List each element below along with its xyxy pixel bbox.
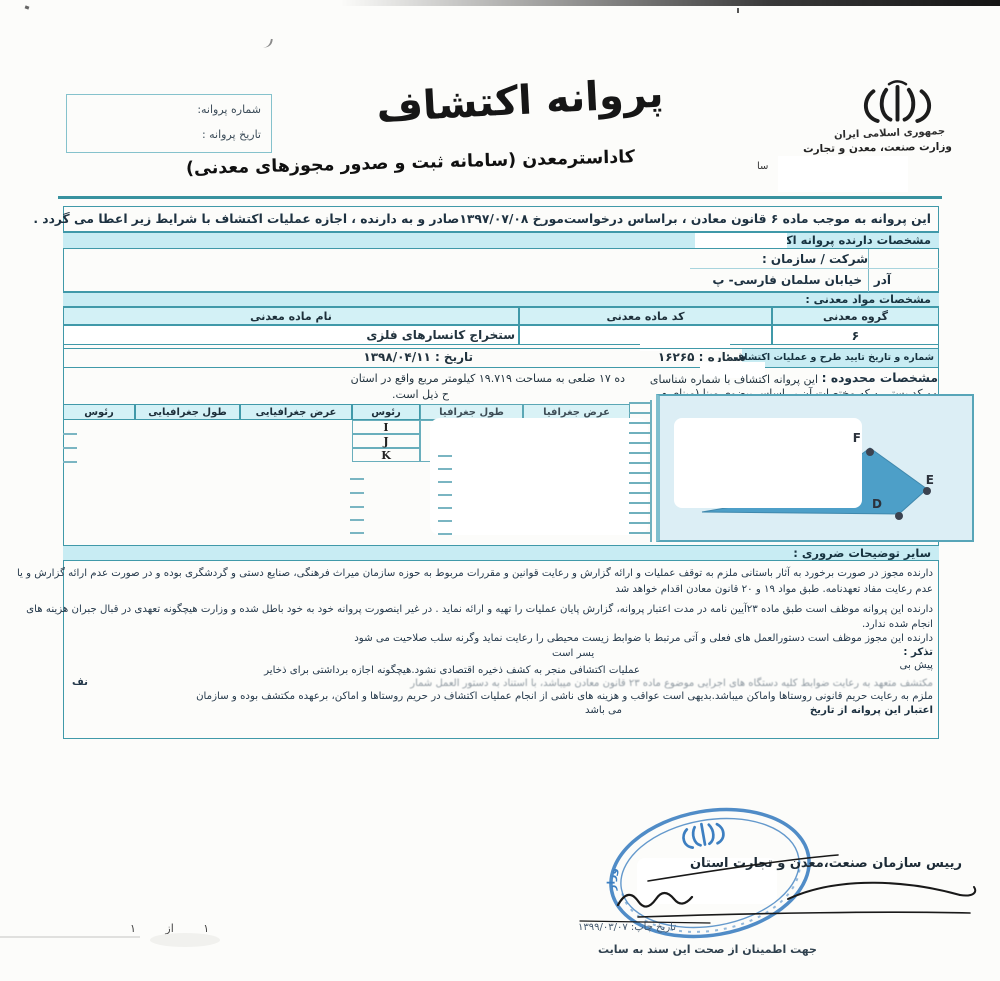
boundary-line1: این پروانه اکتشاف با شماره شناسای: [650, 373, 818, 386]
boundary-line3: ده ۱۷ ضلعی به مساحت ۱۹.۷۱۹ کیلومتر مربع …: [240, 372, 625, 385]
note-remark-label: تذکر :: [903, 646, 933, 659]
scan-blob: [150, 933, 220, 947]
minerals-group-value: ۶: [772, 325, 939, 345]
scan-speck: [25, 5, 30, 9]
notes-section-header: سایر توضیحات ضروری :: [63, 545, 939, 561]
vertex-label-e: E: [926, 473, 934, 487]
boundary-line4: ح ذیل است.: [392, 388, 449, 401]
scanned-permit-page: شماره پروانه: تاریخ پروانه : پروانه اکتش…: [0, 0, 1000, 981]
document-title: پروانه اکتشاف: [359, 70, 681, 133]
note-p2b: انجام شده ندارد.: [862, 618, 933, 631]
coords-header-1: طول جغرافیایی: [135, 404, 240, 420]
address-value: خیابان سلمان فارسی- پ: [712, 273, 862, 287]
holder-cell-divider: [868, 249, 869, 292]
header-divider: [58, 196, 942, 199]
boundary-map-panel: F E D: [656, 394, 974, 542]
note-p1a: دارنده مجوز در صورت برخورد به آثار باستا…: [17, 567, 933, 580]
vertex-label-f: F: [853, 431, 861, 445]
holder-box: شرکت / سازمان : آدر خیابان سلمان فارسی- …: [63, 249, 939, 292]
vertex-dot-e: [923, 487, 931, 495]
print-date: تاریخ چاپ: ۱۳۹۹/۰۳/۰۷: [578, 922, 676, 933]
handwritten-signature: [560, 775, 1000, 945]
minerals-name-value: ستخراج کانسارهای فلزی: [63, 325, 519, 345]
note-blurry-line: مکتشف متعهد به رعایت ضوابط کلیه دستگاه ه…: [410, 677, 933, 690]
note-p1b: عدم رعایت مفاد تعهدنامه. طبق مواد ۱۹ و ۲…: [615, 583, 933, 596]
coords-header-0: رئوس: [63, 404, 135, 420]
permit-number-box: شماره پروانه: تاریخ پروانه :: [66, 94, 272, 153]
note-p4: عملیات اکتشافی منجر به کشف ذخیره اقتصادی…: [264, 664, 640, 677]
map-ruler-line: [650, 400, 652, 542]
redaction-patch: [778, 156, 908, 192]
scan-mark: [261, 37, 273, 49]
note-left-fragment: نف: [72, 676, 88, 689]
intro-part1: این پروانه به موجب ماده ۶ قانون معادن ، …: [564, 212, 931, 226]
minerals-col-name: نام ماده معدنی: [63, 307, 519, 325]
address-label: آدر: [874, 273, 891, 287]
minerals-section-header: مشخصات مواد معدنی :: [63, 292, 939, 307]
verify-line: جهت اطمینان از صحت این سند به سایت: [598, 943, 817, 956]
scan-speck: [737, 8, 739, 13]
validity-start: اعتبار این پروانه از تاریخ: [810, 704, 933, 717]
note-p5: ملزم به رعایت حریم قانونی روستاها واماکن…: [196, 690, 933, 703]
scan-smudge: [0, 936, 140, 938]
permit-number-label: شماره پروانه:: [197, 103, 261, 116]
vertex-row-i: I: [352, 420, 420, 434]
note-p2a: دارنده این پروانه موظف است طبق ماده ۲۳آی…: [26, 603, 933, 616]
vertex-dot-f: [866, 448, 874, 456]
company-label: شرکت / سازمان :: [762, 252, 868, 266]
note-p3: دارنده این مجوز موظف است دستورالعمل های …: [354, 632, 933, 645]
intro-clause-row: این پروانه به موجب ماده ۶ قانون معادن ، …: [63, 206, 939, 232]
note-remark-tail: یسر است: [552, 647, 594, 660]
redaction-patch: [695, 233, 787, 248]
redaction-patch-large: [430, 418, 648, 535]
gov-line-2: وزارت صنعت، معدن و تجارت: [803, 141, 952, 156]
approval-date: تاریخ : ۱۳۹۸/۰۴/۱۱: [363, 350, 473, 364]
coords-header-2: عرض جغرافیایی: [240, 404, 352, 420]
redaction-patch: [674, 418, 862, 508]
vertex-label-d: D: [872, 497, 882, 511]
permit-date-label: تاریخ پروانه :: [202, 128, 261, 141]
gov-line-3: سا: [757, 161, 768, 172]
vertex-row-j: J: [352, 434, 420, 448]
validity-end: می باشد: [585, 704, 622, 717]
boundary-label: مشخصات محدوده :: [822, 371, 938, 385]
gov-line-1: جمهوری اسلامی ایران: [834, 126, 946, 141]
document-subtitle: کاداسترمعدن (سامانه ثبت و صدور مجوزهای م…: [275, 147, 635, 176]
iran-emblem-icon: [855, 78, 940, 130]
minerals-col-code: کد ماده معدنی: [519, 307, 772, 325]
vertex-row-k: K: [352, 448, 420, 462]
note-forecast-fragment: پیش بی: [900, 659, 933, 672]
intro-part2: مورخ ۱۳۹۷/۰۷/۰۸صادر و به دارنده ، اجازه …: [33, 212, 564, 226]
approval-label: شماره و تاریخ تایید طرح و عملیات اکتشاف …: [742, 349, 939, 367]
vertex-dot-d: [895, 512, 903, 520]
coords-header-3: رئوس: [352, 404, 420, 420]
holder-row-divider: [690, 268, 939, 269]
holder-section-header: مشخصات دارنده پروانه اکتشاف :: [63, 232, 939, 249]
scan-artifact-top-band: [340, 0, 1000, 6]
minerals-col-group: گروه معدنی: [772, 307, 939, 325]
